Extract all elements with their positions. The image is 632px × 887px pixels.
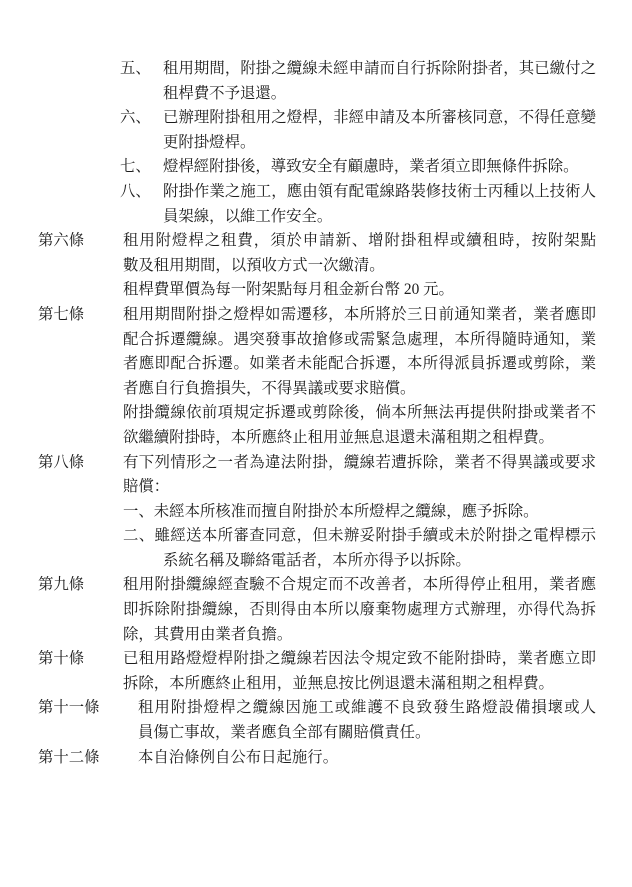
line-text: 已辦理附掛租用之燈桿，非經申請及本所審核同意，不得任意變 <box>163 106 596 131</box>
document-line: 七、燈桿經附掛後，導致安全有顧慮時，業者須立即無條件拆除。 <box>0 155 632 180</box>
line-text: 即拆除附掛纜線，否則得由本所以廢棄物處理方式辦理，亦得代為拆 <box>123 598 596 623</box>
document-line: 二、雖經送本所審查同意，但未辦妥附掛手續或未於附掛之電桿標示 <box>0 524 632 549</box>
document-line: 拆除，本所應終止租用，並無息按比例退還未滿租期之租桿費。 <box>0 672 632 697</box>
document-line: 賠償： <box>0 475 632 500</box>
document-page: 五、租用期間，附掛之纜線未經申請而自行拆除附掛者，其已繳付之租桿費不予退還。六、… <box>0 0 632 887</box>
document-line: 租桿費不予退還。 <box>0 82 632 107</box>
document-line: 欲繼續附掛時，本所應終止租用並無息退還未滿租期之租桿費。 <box>0 426 632 451</box>
line-text: 者應即配合拆遷。如業者未能配合拆遷，本所得派員拆遷或剪除，業 <box>123 352 596 377</box>
line-text: 租用附掛纜線經查驗不合規定而不改善者，本所得停止租用，業者應 <box>123 573 596 598</box>
article-label: 第六條 <box>38 229 84 254</box>
document-line: 六、已辦理附掛租用之燈桿，非經申請及本所審核同意，不得任意變 <box>0 106 632 131</box>
line-text: 附掛纜線依前項規定拆遷或剪除後，倘本所無法再提供附掛或業者不 <box>123 401 596 426</box>
document-line: 員架線，以維工作安全。 <box>0 205 632 230</box>
article-label: 第十二條 <box>38 746 100 771</box>
document-line: 第六條租用附燈桿之租費，須於申請新、增附掛租桿或續租時，按附架點 <box>0 229 632 254</box>
document-line: 第十二條本自治條例自公布日起施行。 <box>0 746 632 771</box>
document-line: 八、附掛作業之施工，應由領有配電線路裝修技術士丙種以上技術人 <box>0 180 632 205</box>
line-text: 租桿費單價為每一附架點每月租金新台幣 20 元。 <box>123 278 632 303</box>
document-line: 第八條有下列情形之一者為違法附掛，纜線若遭拆除，業者不得異議或要求 <box>0 451 632 476</box>
list-item-marker: 五、 <box>120 57 151 82</box>
line-text: 已租用路燈燈桿附掛之纜線若因法令規定致不能附掛時，業者應立即 <box>123 647 596 672</box>
line-text: 賠償： <box>123 475 632 500</box>
list-item-marker: 八、 <box>120 180 151 205</box>
document-line: 即拆除附掛纜線，否則得由本所以廢棄物處理方式辦理，亦得代為拆 <box>0 598 632 623</box>
document-line: 者應自行負擔損失，不得異議或要求賠償。 <box>0 377 632 402</box>
document-line: 者應即配合拆遷。如業者未能配合拆遷，本所得派員拆遷或剪除，業 <box>0 352 632 377</box>
line-text: 除，其費用由業者負擔。 <box>123 623 632 648</box>
line-text: 員傷亡事故，業者應負全部有關賠償責任。 <box>138 721 632 746</box>
article-label: 第十一條 <box>38 696 100 721</box>
line-text: 有下列情形之一者為違法附掛，纜線若遭拆除，業者不得異議或要求 <box>123 451 596 476</box>
line-text: 租用附掛燈桿之纜線因施工或維護不良致發生路燈設備損壞或人 <box>138 696 596 721</box>
list-item-marker: 七、 <box>120 155 151 180</box>
line-text: 拆除，本所應終止租用，並無息按比例退還未滿租期之租桿費。 <box>123 672 632 697</box>
document-line: 附掛纜線依前項規定拆遷或剪除後，倘本所無法再提供附掛或業者不 <box>0 401 632 426</box>
line-text: 本自治條例自公布日起施行。 <box>138 746 632 771</box>
document-line: 五、租用期間，附掛之纜線未經申請而自行拆除附掛者，其已繳付之 <box>0 57 632 82</box>
line-text: 數及租用期間，以預收方式一次繳清。 <box>123 254 632 279</box>
line-text: 員架線，以維工作安全。 <box>163 205 632 230</box>
document-line: 配合拆遷纜線。遇突發事故搶修或需緊急處理，本所得隨時通知，業 <box>0 328 632 353</box>
line-text: 燈桿經附掛後，導致安全有顧慮時，業者須立即無條件拆除。 <box>163 155 632 180</box>
article-label: 第九條 <box>38 573 84 598</box>
line-text: 配合拆遷纜線。遇突發事故搶修或需緊急處理，本所得隨時通知，業 <box>123 328 596 353</box>
line-text: 欲繼續附掛時，本所應終止租用並無息退還未滿租期之租桿費。 <box>123 426 632 451</box>
document-line: 員傷亡事故，業者應負全部有關賠償責任。 <box>0 721 632 746</box>
document-line: 一、未經本所核准而擅自附掛於本所燈桿之纜線，應予拆除。 <box>0 500 632 525</box>
line-text: 系統名稱及聯絡電話者，本所亦得予以拆除。 <box>163 549 632 574</box>
line-text: 二、雖經送本所審查同意，但未辦妥附掛手續或未於附掛之電桿標示 <box>123 524 596 549</box>
line-text: 更附掛燈桿。 <box>163 131 632 156</box>
line-text: 附掛作業之施工，應由領有配電線路裝修技術士丙種以上技術人 <box>163 180 596 205</box>
document-line: 更附掛燈桿。 <box>0 131 632 156</box>
document-line: 數及租用期間，以預收方式一次繳清。 <box>0 254 632 279</box>
line-text: 租桿費不予退還。 <box>163 82 632 107</box>
document-body: 五、租用期間，附掛之纜線未經申請而自行拆除附掛者，其已繳付之租桿費不予退還。六、… <box>0 57 632 770</box>
document-line: 第七條租用期間附掛之燈桿如需遷移，本所將於三日前通知業者，業者應即 <box>0 303 632 328</box>
document-line: 除，其費用由業者負擔。 <box>0 623 632 648</box>
document-line: 第十條已租用路燈燈桿附掛之纜線若因法令規定致不能附掛時，業者應立即 <box>0 647 632 672</box>
line-text: 租用期間，附掛之纜線未經申請而自行拆除附掛者，其已繳付之 <box>163 57 596 82</box>
line-text: 一、未經本所核准而擅自附掛於本所燈桿之纜線，應予拆除。 <box>123 500 632 525</box>
line-text: 者應自行負擔損失，不得異議或要求賠償。 <box>123 377 632 402</box>
article-label: 第八條 <box>38 451 84 476</box>
article-label: 第十條 <box>38 647 84 672</box>
document-line: 第九條租用附掛纜線經查驗不合規定而不改善者，本所得停止租用，業者應 <box>0 573 632 598</box>
line-text: 租用期間附掛之燈桿如需遷移，本所將於三日前通知業者，業者應即 <box>123 303 596 328</box>
document-line: 第十一條租用附掛燈桿之纜線因施工或維護不良致發生路燈設備損壞或人 <box>0 696 632 721</box>
document-line: 系統名稱及聯絡電話者，本所亦得予以拆除。 <box>0 549 632 574</box>
document-line: 租桿費單價為每一附架點每月租金新台幣 20 元。 <box>0 278 632 303</box>
line-text: 租用附燈桿之租費，須於申請新、增附掛租桿或續租時，按附架點 <box>123 229 596 254</box>
list-item-marker: 六、 <box>120 106 151 131</box>
article-label: 第七條 <box>38 303 84 328</box>
